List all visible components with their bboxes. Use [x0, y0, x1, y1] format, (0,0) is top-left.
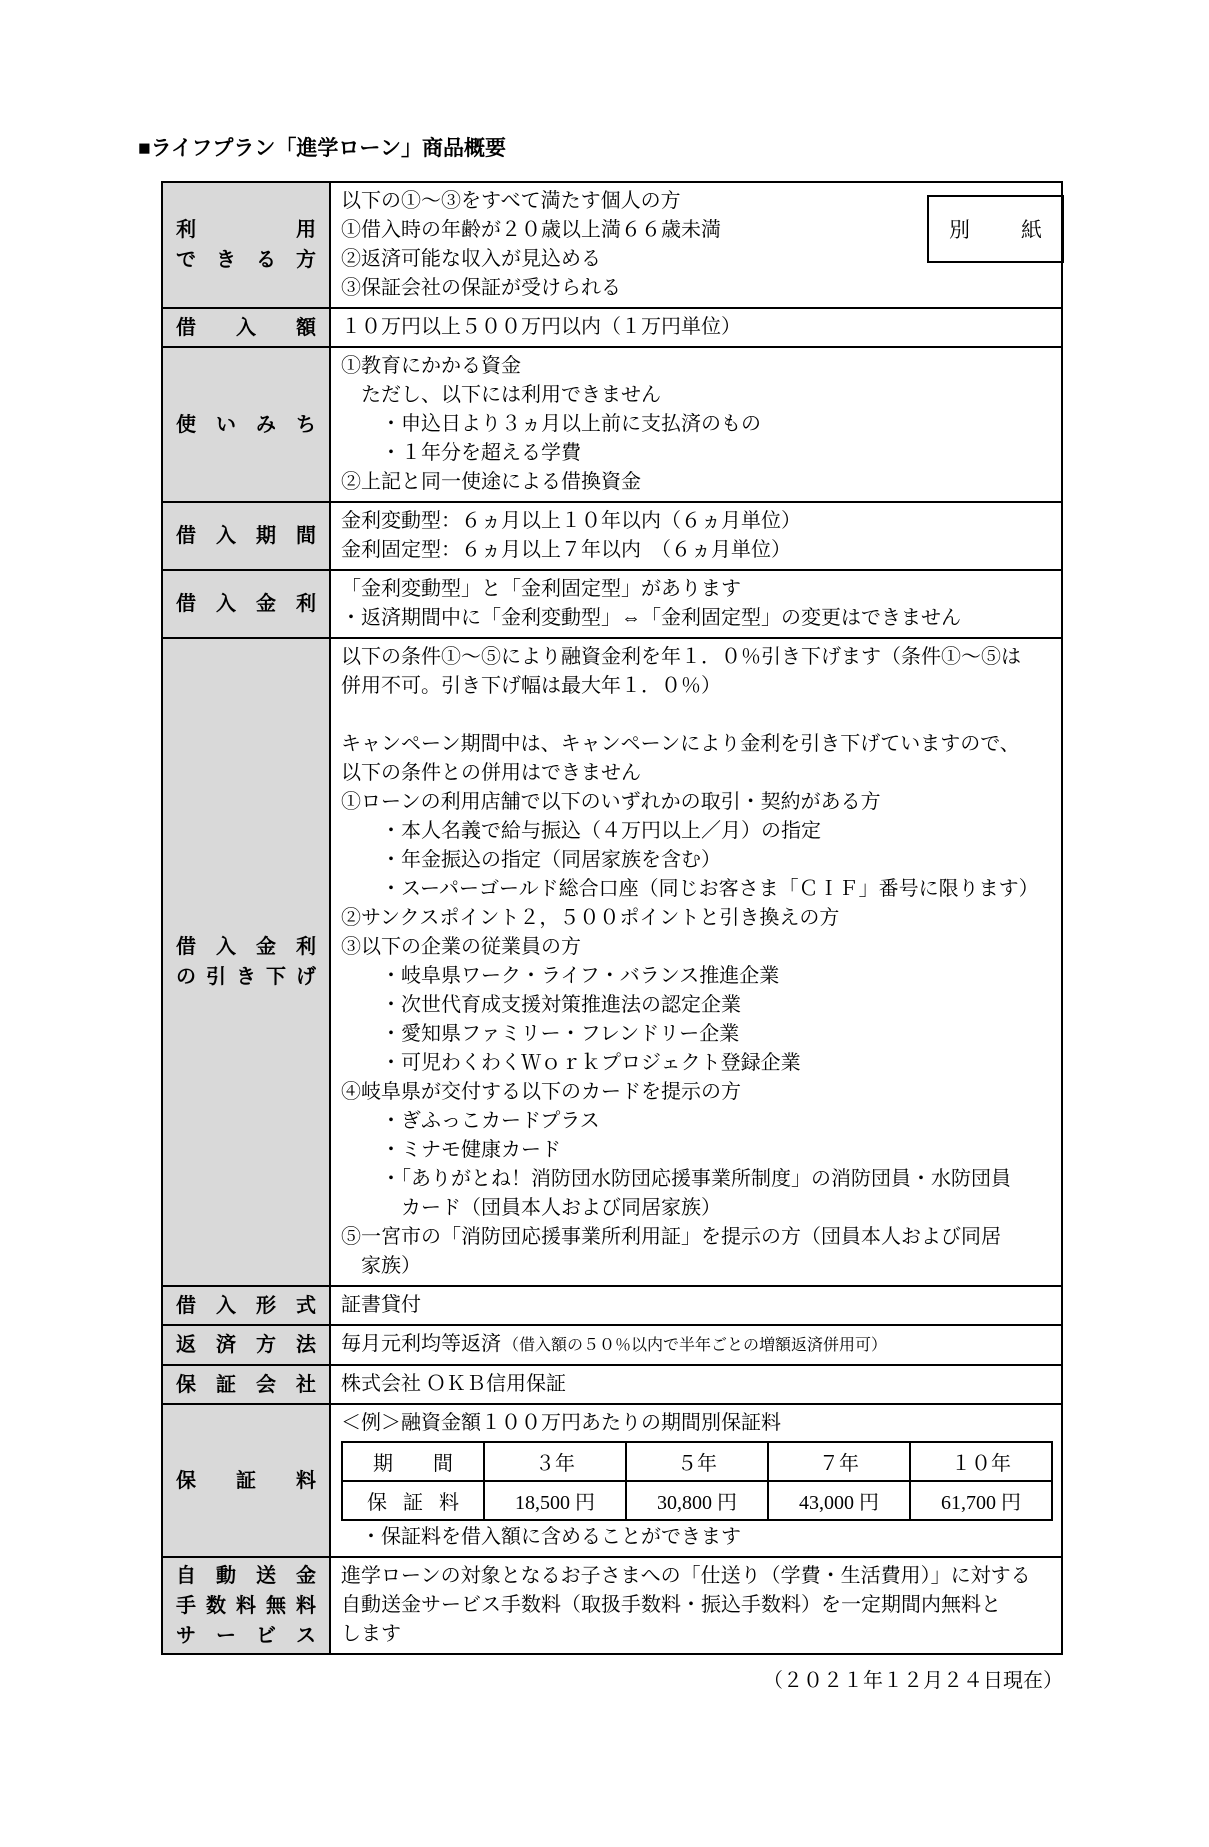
content-line: ・１年分を超える学費 [341, 439, 1053, 468]
row-amount: 借入額 １０万円以上５００万円以内（１万円単位） [162, 308, 1062, 347]
row-guarantee-fee: 保証料 ＜例＞融資金額１００万円あたりの期間別保証料 期間 ３年 ５年 ７年 １… [162, 1404, 1062, 1557]
fee-period-cell: １０年 [910, 1442, 1052, 1481]
row-repayment: 返済方法 毎月元利均等返済（借入額の５０％以内で半年ごとの増額返済併用可） [162, 1325, 1062, 1365]
content-line: ・次世代育成支援対策推進法の認定企業 [341, 991, 1053, 1020]
content-line: カード（団員本人および同居家族） [341, 1194, 1053, 1223]
row-period: 借入期間 金利変動型：６ヵ月以上１０年以内（６ヵ月単位） 金利固定型：６ヵ月以上… [162, 502, 1062, 570]
page-title: ■ライフプラン「進学ローン」商品概要 [138, 136, 1209, 162]
repayment-main-text: 毎月元利均等返済 [341, 1333, 501, 1355]
content-line: ・本人名義で給与振込（４万円以上／月）の指定 [341, 817, 1053, 846]
content-line: 証書貸付 [341, 1291, 1053, 1320]
fee-period-cell: ５年 [626, 1442, 768, 1481]
row-label-loan-form: 借入形式 [162, 1286, 330, 1325]
fee-period-header-cell: 期間 [342, 1442, 484, 1481]
row-content-guarantee-fee: ＜例＞融資金額１００万円あたりの期間別保証料 期間 ３年 ５年 ７年 １０年 保… [330, 1404, 1062, 1557]
content-line: ・「ありがとね！消防団水防団応援事業所制度」の消防団員・水防団員 [341, 1165, 1053, 1194]
row-content-rate: 「金利変動型」と「金利固定型」があります ・返済期間中に「金利変動型」⇔「金利固… [330, 570, 1062, 638]
row-label-guarantee-fee: 保証料 [162, 1404, 330, 1557]
content-line: ・岐阜県ワーク・ライフ・バランス推進企業 [341, 962, 1053, 991]
row-label-line: 借入金利 [176, 589, 316, 619]
row-label-line: 利用 [176, 215, 316, 245]
content-line: 自動送金サービス手数料（取扱手数料・振込手数料）を一定期間内無料と [341, 1591, 1053, 1620]
row-content-period: 金利変動型：６ヵ月以上１０年以内（６ヵ月単位） 金利固定型：６ヵ月以上７年以内 … [330, 502, 1062, 570]
content-line: ④岐阜県が交付する以下のカードを提示の方 [341, 1078, 1053, 1107]
row-label-line: 保証会社 [176, 1370, 316, 1400]
row-label-line: 借入額 [176, 313, 316, 343]
row-label-auto-transfer: 自動送金 手数料無料 サービス [162, 1557, 330, 1654]
repayment-note-text: （借入額の５０％以内で半年ごとの増額返済併用可） [503, 1337, 887, 1354]
fee-value-cell: 61,700 円 [910, 1481, 1052, 1520]
content-line: １０万円以上５００万円以内（１万円単位） [341, 313, 1053, 342]
row-label-line: 保証料 [176, 1466, 316, 1496]
fee-period-cell: ７年 [768, 1442, 910, 1481]
row-content-guarantor: 株式会社 ＯＫＢ信用保証 [330, 1365, 1062, 1404]
content-line: 家族） [341, 1252, 1053, 1281]
row-rate: 借入金利 「金利変動型」と「金利固定型」があります ・返済期間中に「金利変動型」… [162, 570, 1062, 638]
row-label-line: 借入金利 [176, 932, 316, 962]
content-line: ・可児わくわくＷｏｒｋプロジェクト登録企業 [341, 1049, 1053, 1078]
content-line: 金利変動型：６ヵ月以上１０年以内（６ヵ月単位） [341, 507, 1053, 536]
content-line: 併用不可。引き下げ幅は最大年１．０％） [341, 672, 1053, 701]
content-line: ①ローンの利用店舗で以下のいずれかの取引・契約がある方 [341, 788, 1053, 817]
content-line: します [341, 1620, 1053, 1649]
content-line: 金利固定型：６ヵ月以上７年以内 （６ヵ月単位） [341, 536, 1053, 565]
row-rate-discount: 借入金利 の引き下げ 以下の条件①～⑤により融資金利を年１．０％引き下げます（条… [162, 638, 1062, 1286]
guarantee-fee-value-row: 保証料 18,500 円 30,800 円 43,000 円 61,700 円 [342, 1481, 1052, 1520]
content-line: ・愛知県ファミリー・フレンドリー企業 [341, 1020, 1053, 1049]
content-line: ③保証会社の保証が受けられる [341, 274, 1053, 303]
content-line: ②サンクスポイント２，５００ポイントと引き換えの方 [341, 904, 1053, 933]
content-line: 株式会社 ＯＫＢ信用保証 [341, 1370, 1053, 1399]
content-line: 毎月元利均等返済（借入額の５０％以内で半年ごとの増額返済併用可） [341, 1330, 1053, 1360]
content-line: ・ぎふっこカードプラス [341, 1107, 1053, 1136]
row-label-line: サービス [176, 1621, 316, 1651]
row-label-rate: 借入金利 [162, 570, 330, 638]
attachment-tag-box: 別紙 [927, 195, 1064, 263]
fee-row-label-cell: 保証料 [342, 1481, 484, 1520]
content-line: ・年金振込の指定（同居家族を含む） [341, 846, 1053, 875]
content-line: ③以下の企業の従業員の方 [341, 933, 1053, 962]
row-label-line: 借入期間 [176, 521, 316, 551]
fee-value-cell: 30,800 円 [626, 1481, 768, 1520]
content-line: ⑤一宮市の「消防団応援事業所利用証」を提示の方（団員本人および同居 [341, 1223, 1053, 1252]
fee-row-label: 保証料 [343, 1486, 483, 1515]
row-label-line: 使いみち [176, 410, 316, 440]
row-content-loan-form: 証書貸付 [330, 1286, 1062, 1325]
product-summary-table: 利用 できる方 以下の①～③をすべて満たす個人の方 ①借入時の年齢が２０歳以上満… [161, 181, 1063, 1655]
row-label-line: 返済方法 [176, 1330, 316, 1360]
row-content-usage: ①教育にかかる資金 ただし、以下には利用できません ・申込日より３ヵ月以上前に支… [330, 347, 1062, 502]
row-content-amount: １０万円以上５００万円以内（１万円単位） [330, 308, 1062, 347]
row-label-period: 借入期間 [162, 502, 330, 570]
row-label-line: できる方 [176, 245, 316, 275]
row-guarantor: 保証会社 株式会社 ＯＫＢ信用保証 [162, 1365, 1062, 1404]
row-auto-transfer: 自動送金 手数料無料 サービス 進学ローンの対象となるお子さまへの「仕送り（学費… [162, 1557, 1062, 1654]
row-label-line: の引き下げ [176, 962, 316, 992]
row-label-rate-discount: 借入金利 の引き下げ [162, 638, 330, 1286]
row-label-guarantor: 保証会社 [162, 1365, 330, 1404]
row-label-line: 借入形式 [176, 1291, 316, 1321]
content-line: ただし、以下には利用できません [341, 381, 1053, 410]
attachment-tag-label: 別紙 [929, 214, 1062, 244]
content-line: 以下の条件①～⑤により融資金利を年１．０％引き下げます（条件①～⑤は [341, 643, 1053, 672]
content-line: キャンペーン期間中は、キャンペーンにより金利を引き下げていますので、 [341, 730, 1053, 759]
row-content-rate-discount: 以下の条件①～⑤により融資金利を年１．０％引き下げます（条件①～⑤は 併用不可。… [330, 638, 1062, 1286]
date-note: （２０２１年１２月２４日現在） [0, 1667, 1063, 1695]
row-label-repayment: 返済方法 [162, 1325, 330, 1365]
content-line: ①教育にかかる資金 [341, 352, 1053, 381]
guarantee-fee-table: 期間 ３年 ５年 ７年 １０年 保証料 18,500 円 30,800 円 43… [341, 1441, 1053, 1521]
content-line [341, 701, 1053, 730]
content-line: ・ミナモ健康カード [341, 1136, 1053, 1165]
row-label-line: 手数料無料 [176, 1591, 316, 1621]
fee-value-cell: 18,500 円 [484, 1481, 626, 1520]
content-line: 「金利変動型」と「金利固定型」があります [341, 575, 1053, 604]
row-content-repayment: 毎月元利均等返済（借入額の５０％以内で半年ごとの増額返済併用可） [330, 1325, 1062, 1365]
fee-value-cell: 43,000 円 [768, 1481, 910, 1520]
content-line: 以下の条件との併用はできません [341, 759, 1053, 788]
content-line: ・スーパーゴールド総合口座（同じお客さま「ＣＩＦ」番号に限ります） [341, 875, 1053, 904]
row-label-usage: 使いみち [162, 347, 330, 502]
row-loan-form: 借入形式 証書貸付 [162, 1286, 1062, 1325]
guarantee-fee-footnote: ・保証料を借入額に含めることができます [341, 1523, 1053, 1552]
guarantee-fee-header-row: 期間 ３年 ５年 ７年 １０年 [342, 1442, 1052, 1481]
fee-period-cell: ３年 [484, 1442, 626, 1481]
content-line: ②上記と同一使途による借換資金 [341, 468, 1053, 497]
row-usage: 使いみち ①教育にかかる資金 ただし、以下には利用できません ・申込日より３ヵ月… [162, 347, 1062, 502]
content-line: 進学ローンの対象となるお子さまへの「仕送り（学費・生活費用）」に対する [341, 1562, 1053, 1591]
row-content-auto-transfer: 進学ローンの対象となるお子さまへの「仕送り（学費・生活費用）」に対する 自動送金… [330, 1557, 1062, 1654]
row-label-amount: 借入額 [162, 308, 330, 347]
guarantee-fee-caption: ＜例＞融資金額１００万円あたりの期間別保証料 [341, 1409, 1053, 1438]
row-label-eligibility: 利用 できる方 [162, 182, 330, 308]
row-label-line: 自動送金 [176, 1561, 316, 1591]
fee-period-header-label: 期間 [343, 1447, 483, 1476]
content-line: ・申込日より３ヵ月以上前に支払済のもの [341, 410, 1053, 439]
content-line: ・返済期間中に「金利変動型」⇔「金利固定型」の変更はできません [341, 604, 1053, 633]
